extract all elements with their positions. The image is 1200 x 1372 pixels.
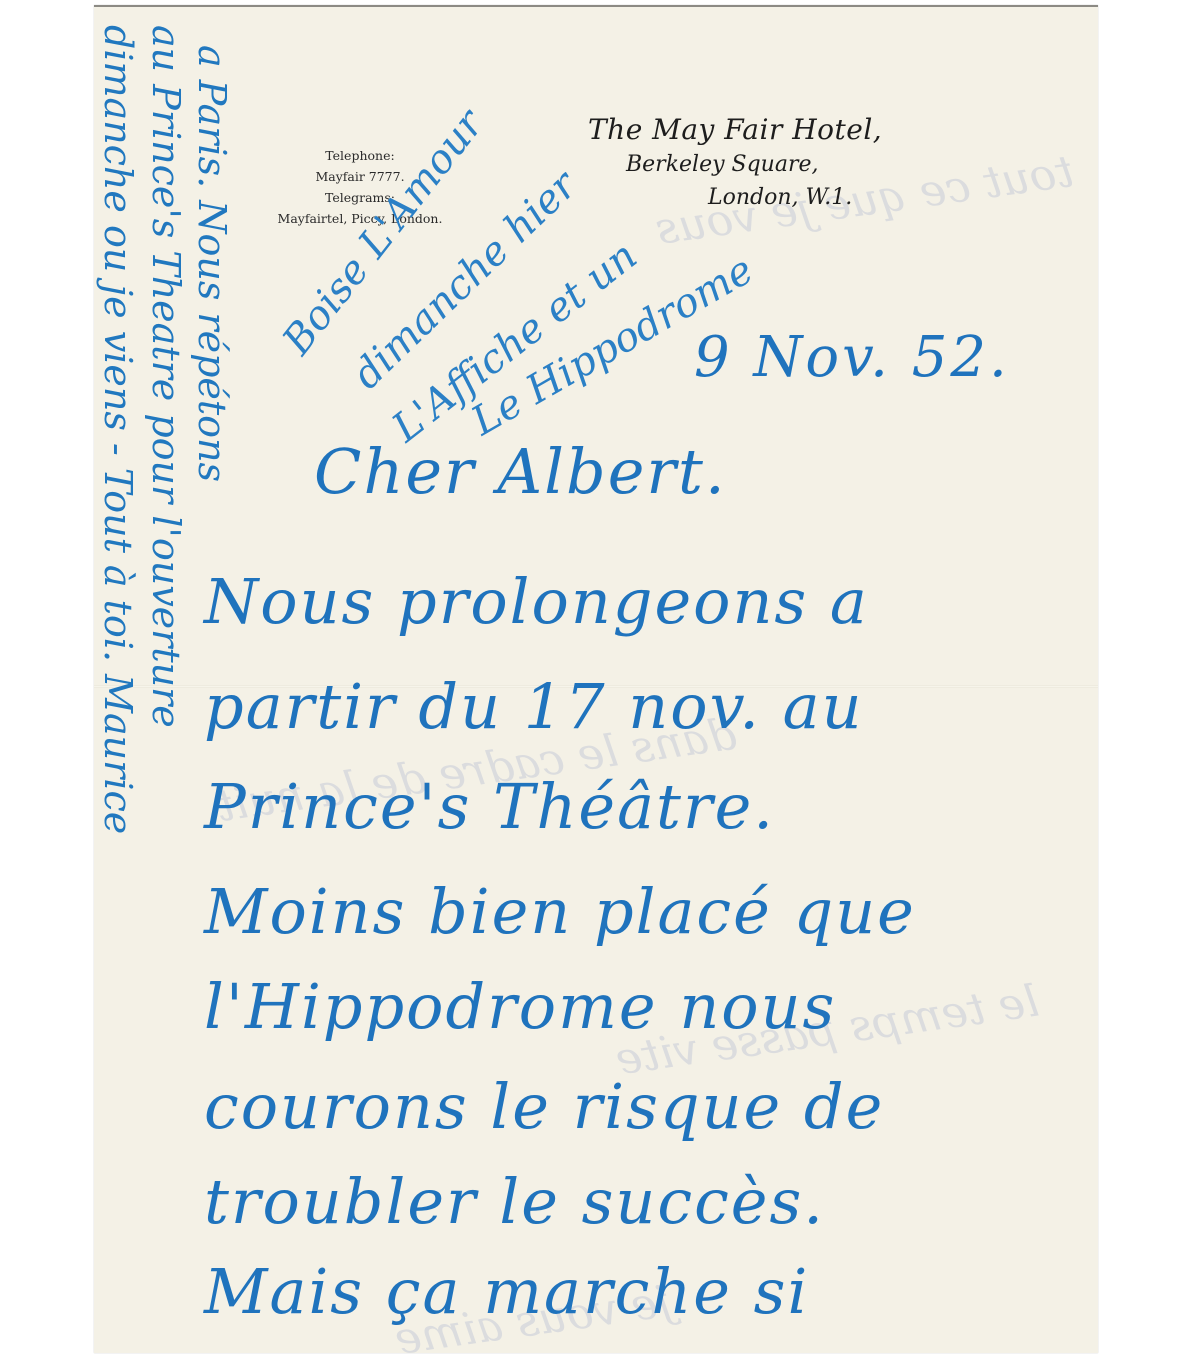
letter-line: Nous prolongeons a bbox=[204, 565, 869, 638]
letter-line: partir du 17 nov. au bbox=[204, 670, 864, 743]
letter-line: Moins bien placé que bbox=[204, 875, 916, 948]
diagonal-annotation: Boise L'Amour bbox=[274, 101, 493, 363]
letter-line: Mais ça marche si bbox=[204, 1255, 809, 1328]
letter-paper: tout ce que je vous dans le cadre de la … bbox=[94, 5, 1098, 1353]
letter-date: 9 Nov. 52. bbox=[694, 325, 1010, 390]
letterhead-hotel: The May Fair Hotel, Berkeley Square, Lon… bbox=[588, 113, 882, 210]
hotel-name: The May Fair Hotel, bbox=[588, 113, 882, 146]
hotel-city: London, W.1. bbox=[708, 185, 882, 210]
letter-line: troubler le succès. bbox=[204, 1165, 825, 1238]
margin-annotation: dimanche ou je viens - Tout à toi. Mauri… bbox=[96, 25, 140, 834]
letter-salutation: Cher Albert. bbox=[314, 435, 727, 508]
letter-line: l'Hippodrome nous bbox=[204, 970, 836, 1043]
margin-annotation: a Paris. Nous répétons bbox=[190, 45, 234, 482]
letter-line: Prince's Théâtre. bbox=[204, 770, 775, 843]
letter-line: courons le risque de bbox=[204, 1070, 884, 1143]
margin-annotation: au Prince's Theatre pour l'ouverture bbox=[144, 25, 188, 728]
hotel-street: Berkeley Square, bbox=[626, 152, 882, 177]
